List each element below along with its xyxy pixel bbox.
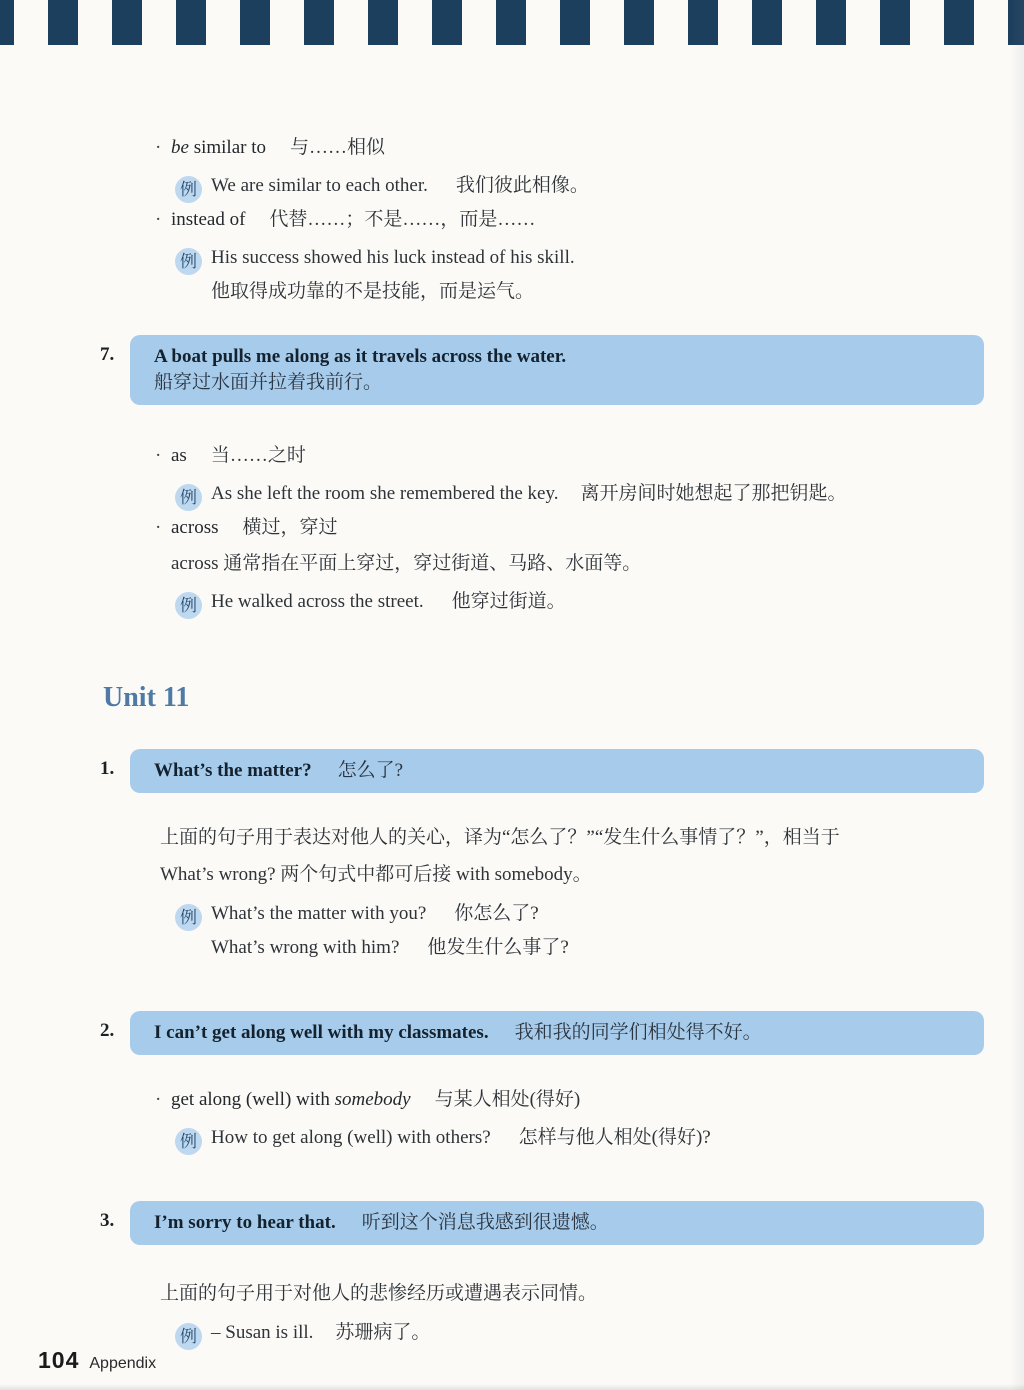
example-badge-icon: 例 <box>175 1128 202 1155</box>
example-zh: 你怎么了? <box>454 903 538 924</box>
example-translation-line: 他取得成功靠的不是技能，而是运气。 <box>211 275 1024 309</box>
example-zh: 离开房间时她想起了那把钥匙。 <box>581 483 847 504</box>
example-en: What’s the matter with you? <box>211 903 426 924</box>
vocab-definition: 当……之时 <box>211 445 306 466</box>
sentence-en: What’s the matter? <box>154 760 312 781</box>
highlight-box: I’m sorry to hear that.听到这个消息我感到很遗憾。 <box>130 1201 984 1245</box>
bullet-icon: · <box>155 1083 171 1117</box>
explanation-paragraph: 上面的句子用于表达对他人的关心，译为“怎么了？”“发生什么事情了？”，相当于 W… <box>160 819 964 893</box>
stripe-border-decoration <box>0 0 1024 45</box>
example-line: 例As she left the room she remembered the… <box>175 477 1024 511</box>
vocab-term: as <box>171 445 187 466</box>
example-zh: 怎样与他人相处(得好)? <box>519 1127 711 1148</box>
vocab-term: be <box>171 137 189 158</box>
bullet-icon: · <box>155 511 171 545</box>
example-line: 例– Susan is ill.苏珊病了。 <box>175 1316 1024 1350</box>
item-number: 1. <box>100 758 114 780</box>
example-line: 例How to get along (well) with others?怎样与… <box>175 1121 1024 1155</box>
example-badge-icon: 例 <box>175 248 202 275</box>
example-en: What’s wrong with him? <box>211 937 399 958</box>
bullet-icon: · <box>155 203 171 237</box>
sentence-zh: 船穿过水面并拉着我前行。 <box>154 370 960 396</box>
page-bottom-edge-decoration <box>0 1384 1024 1390</box>
example-line-2: What’s wrong with him?他发生什么事了? <box>211 931 1024 965</box>
highlight-box: I can’t get along well with my classmate… <box>130 1011 984 1055</box>
vocab-term: across <box>171 517 218 538</box>
vocab-definition: 与某人相处(得好) <box>435 1089 581 1110</box>
sentence-item-1: 1. What’s the matter?怎么了? <box>0 749 1024 793</box>
section-label: Appendix <box>89 1355 156 1372</box>
sentence-item-3: 3. I’m sorry to hear that.听到这个消息我感到很遗憾。 <box>0 1201 1024 1245</box>
example-badge-icon: 例 <box>175 484 202 511</box>
vocab-entry-instead-of: ·instead of代替……；不是……，而是…… <box>155 203 1024 237</box>
textbook-page: ·be similar to与……相似 例We are similar to e… <box>0 0 1024 1390</box>
explanation-line-1: 上面的句子用于表达对他人的关心，译为“怎么了？”“发生什么事情了？”，相当于 <box>160 819 964 856</box>
example-zh: 我们彼此相像。 <box>456 175 589 196</box>
sentence-en: I can’t get along well with my classmate… <box>154 1022 489 1043</box>
unit-heading: Unit 11 <box>103 681 1024 715</box>
sentence-zh: 我和我的同学们相处得不好。 <box>515 1022 762 1043</box>
vocab-definition: 横过，穿过 <box>242 517 337 538</box>
highlight-box: What’s the matter?怎么了? <box>130 749 984 793</box>
example-badge-icon: 例 <box>175 176 202 203</box>
vocab-definition: 代替……；不是……，而是…… <box>269 209 535 230</box>
example-line: 例We are similar to each other.我们彼此相像。 <box>175 169 1024 203</box>
sentence-item-2: 2. I can’t get along well with my classm… <box>0 1011 1024 1055</box>
example-line: 例What’s the matter with you?你怎么了? <box>175 897 1024 931</box>
example-line: 例His success showed his luck instead of … <box>175 241 1024 275</box>
vocab-term: instead of <box>171 209 245 230</box>
example-badge-icon: 例 <box>175 904 202 931</box>
sentence-zh: 怎么了? <box>338 760 403 781</box>
vocab-usage-note: across 通常指在平面上穿过，穿过街道、马路、水面等。 <box>171 547 1024 581</box>
example-en: As she left the room she remembered the … <box>211 483 559 504</box>
item-number: 3. <box>100 1210 114 1232</box>
example-zh: 他取得成功靠的不是技能，而是运气。 <box>211 281 534 302</box>
vocab-entry-be-similar-to: ·be similar to与……相似 <box>155 131 1024 165</box>
explanation-paragraph: 上面的句子用于对他人的悲惨经历或遭遇表示同情。 <box>160 1275 964 1312</box>
example-en: He walked across the street. <box>211 591 424 612</box>
example-badge-icon: 例 <box>175 1323 202 1350</box>
example-en: How to get along (well) with others? <box>211 1127 491 1148</box>
page-number: 104 <box>38 1347 79 1373</box>
sentence-en: A boat pulls me along as it travels acro… <box>154 344 960 370</box>
example-zh: 他穿过街道。 <box>452 591 566 612</box>
item-number: 7. <box>100 344 114 366</box>
vocab-term-italic: somebody <box>335 1089 411 1110</box>
vocab-definition: 与……相似 <box>290 137 385 158</box>
page-footer: 104Appendix <box>38 1347 156 1374</box>
vocab-term-rest: similar to <box>189 137 266 158</box>
example-zh: 苏珊病了。 <box>335 1322 430 1343</box>
highlight-box: A boat pulls me along as it travels acro… <box>130 335 984 405</box>
vocab-term: get along (well) with <box>171 1089 335 1110</box>
bullet-icon: · <box>155 131 171 165</box>
example-en: We are similar to each other. <box>211 175 428 196</box>
example-zh: 他发生什么事了? <box>427 937 568 958</box>
sentence-zh: 听到这个消息我感到很遗憾。 <box>362 1212 609 1233</box>
sentence-item-7: 7. A boat pulls me along as it travels a… <box>0 335 1024 405</box>
example-en: His success showed his luck instead of h… <box>211 247 575 268</box>
item-number: 2. <box>100 1020 114 1042</box>
bullet-icon: · <box>155 439 171 473</box>
example-badge-icon: 例 <box>175 592 202 619</box>
explanation-line: 上面的句子用于对他人的悲惨经历或遭遇表示同情。 <box>160 1275 964 1312</box>
sentence-en: I’m sorry to hear that. <box>154 1212 336 1233</box>
vocab-entry-as: ·as当……之时 <box>155 439 1024 473</box>
example-en: – Susan is ill. <box>211 1322 313 1343</box>
explanation-line-2: What’s wrong? 两个句式中都可后接 with somebody。 <box>160 856 964 893</box>
note-text: across 通常指在平面上穿过，穿过街道、马路、水面等。 <box>171 553 641 574</box>
page-content: ·be similar to与……相似 例We are similar to e… <box>0 45 1024 1350</box>
example-line: 例He walked across the street.他穿过街道。 <box>175 585 1024 619</box>
vocab-entry-get-along: ·get along (well) with somebody与某人相处(得好) <box>155 1083 1024 1117</box>
vocab-entry-across: ·across横过，穿过 <box>155 511 1024 545</box>
